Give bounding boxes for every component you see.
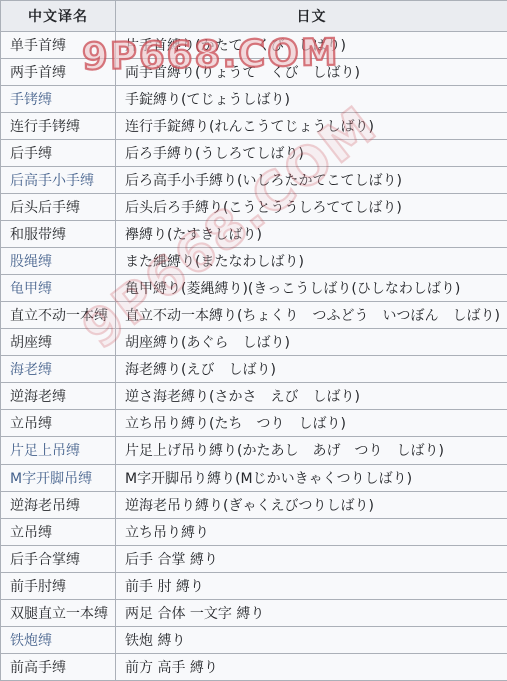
japanese-term: 直立不动一本縛り(ちょくり つふどう いつぼん しばり) [125, 308, 500, 324]
table-row: 逆海老缚逆さ海老縛り(さかさ えび しばり) [1, 383, 507, 410]
table-row: 手铐缚手錠縛り(てじょうしばり) [1, 86, 507, 113]
japanese-term-cell: 胡座縛り(あぐら しばり) [116, 329, 507, 356]
japanese-term: 片足上げ吊り縛り(かたあし あげ つり しばり) [125, 443, 444, 459]
table-row: 后头后手缚后头后ろ手縛り(こうとううしろててしばり) [1, 194, 507, 221]
chinese-term-cell: 单手首缚 [1, 32, 116, 59]
chinese-term-cell: 双腿直立一本缚 [1, 599, 116, 626]
table-row: 后高手小手缚后ろ高手小手縛り(いしろたかてこてしばり) [1, 167, 507, 194]
japanese-term-cell: また縄縛り(またなわしばり) [116, 248, 507, 275]
table-row: 前手肘缚前手 肘 縛り [1, 572, 507, 599]
chinese-term-cell: 片足上吊缚 [1, 437, 116, 464]
japanese-term-cell: M字开脚吊り縛り(Mじかいきゃくつりしばり) [116, 464, 507, 491]
japanese-term-cell: 连行手錠縛り(れんこうてじょうしばり) [116, 113, 507, 140]
table-row: 立吊缚立ち吊り縛り(たち つり しばり) [1, 410, 507, 437]
chinese-term-cell: 前高手缚 [1, 653, 116, 680]
japanese-term-cell: 片手首縛り(かたて くび しばり) [116, 32, 507, 59]
column-header-japanese: 日文 [116, 1, 507, 32]
japanese-term-cell: 亀甲縛り(菱縄縛り)(きっこうしばり(ひしなわしばり) [116, 275, 507, 302]
table-row: 片足上吊缚片足上げ吊り縛り(かたあし あげ つり しばり) [1, 437, 507, 464]
table-row: 龟甲缚亀甲縛り(菱縄縛り)(きっこうしばり(ひしなわしばり) [1, 275, 507, 302]
table-row: 和服带缚襷縛り(たすきしばり) [1, 221, 507, 248]
chinese-term-link[interactable]: 片足上吊缚 [10, 443, 80, 459]
japanese-term: 手錠縛り(てじょうしばり) [125, 92, 290, 108]
japanese-term-cell: 襷縛り(たすきしばり) [116, 221, 507, 248]
table-row: 连行手铐缚连行手錠縛り(れんこうてじょうしばり) [1, 113, 507, 140]
column-header-chinese: 中文译名 [1, 1, 116, 32]
japanese-term-cell: 立ち吊り縛り [116, 518, 507, 545]
chinese-term: 单手首缚 [10, 38, 66, 54]
chinese-term-cell: 后高手小手缚 [1, 167, 116, 194]
chinese-term: 前高手缚 [10, 660, 66, 676]
chinese-term-cell: 海老缚 [1, 356, 116, 383]
translation-table: 中文译名 日文 单手首缚片手首縛り(かたて くび しばり) 两手首缚両手首縛り(… [0, 0, 507, 681]
japanese-term: 亀甲縛り(菱縄縛り)(きっこうしばり(ひしなわしばり) [125, 281, 460, 297]
chinese-term-link[interactable]: 龟甲缚 [10, 281, 52, 297]
chinese-term-cell: 龟甲缚 [1, 275, 116, 302]
japanese-term: 后头后ろ手縛り(こうとううしろててしばり) [125, 200, 402, 216]
chinese-term: 和服带缚 [10, 227, 66, 243]
japanese-term-cell: 后手 合掌 縛り [116, 545, 507, 572]
japanese-term: 両手首縛り(りょうて くび しばり) [125, 65, 360, 81]
table-row: 胡座缚胡座縛り(あぐら しばり) [1, 329, 507, 356]
chinese-term-cell: 连行手铐缚 [1, 113, 116, 140]
chinese-term-cell: 直立不动一本缚 [1, 302, 116, 329]
chinese-term-cell: 两手首缚 [1, 59, 116, 86]
japanese-term: 立ち吊り縛り [125, 525, 209, 541]
chinese-term-link[interactable]: 手铐缚 [10, 92, 52, 108]
japanese-term-cell: 手錠縛り(てじょうしばり) [116, 86, 507, 113]
table-row: 后手合掌缚后手 合掌 縛り [1, 545, 507, 572]
japanese-term: 逆さ海老縛り(さかさ えび しばり) [125, 389, 360, 405]
japanese-term: 后ろ手縛り(うしろてしばり) [125, 146, 304, 162]
japanese-term: 片手首縛り(かたて くび しばり) [125, 38, 346, 54]
japanese-term-cell: 両手首縛り(りょうて くび しばり) [116, 59, 507, 86]
chinese-term-link[interactable]: M字开脚吊缚 [10, 471, 92, 487]
table-row: 两手首缚両手首縛り(りょうて くび しばり) [1, 59, 507, 86]
chinese-term-cell: 立吊缚 [1, 410, 116, 437]
chinese-term: 逆海老吊缚 [10, 498, 80, 514]
japanese-term: また縄縛り(またなわしばり) [125, 254, 304, 270]
chinese-term-cell: 立吊缚 [1, 518, 116, 545]
chinese-term-cell: 手铐缚 [1, 86, 116, 113]
japanese-term: 两足 合体 一文字 縛り [125, 606, 264, 622]
japanese-term: 后ろ高手小手縛り(いしろたかてこてしばり) [125, 173, 402, 189]
chinese-term: 立吊缚 [10, 416, 52, 432]
chinese-term: 立吊缚 [10, 525, 52, 541]
table-row: 双腿直立一本缚两足 合体 一文字 縛り [1, 599, 507, 626]
chinese-term-cell: 后手合掌缚 [1, 545, 116, 572]
table-row: 直立不动一本缚直立不动一本縛り(ちょくり つふどう いつぼん しばり) [1, 302, 507, 329]
japanese-term: 连行手錠縛り(れんこうてじょうしばり) [125, 119, 374, 135]
japanese-term: 襷縛り(たすきしばり) [125, 227, 262, 243]
japanese-term-cell: 逆海老吊り縛り(ぎゃくえびつりしばり) [116, 491, 507, 518]
japanese-term-cell: 逆さ海老縛り(さかさ えび しばり) [116, 383, 507, 410]
column-header-chinese-label: 中文译名 [28, 9, 88, 25]
table-row: 铁炮缚铁炮 縛り [1, 626, 507, 653]
chinese-term-cell: M字开脚吊缚 [1, 464, 116, 491]
table-row: 后手缚后ろ手縛り(うしろてしばり) [1, 140, 507, 167]
japanese-term: 立ち吊り縛り(たち つり しばり) [125, 416, 346, 432]
chinese-term: 双腿直立一本缚 [10, 606, 108, 622]
table-row: 股绳缚また縄縛り(またなわしばり) [1, 248, 507, 275]
japanese-term: 海老縛り(えび しばり) [125, 362, 276, 378]
column-header-japanese-label: 日文 [297, 9, 327, 25]
japanese-term-cell: 两足 合体 一文字 縛り [116, 599, 507, 626]
chinese-term-cell: 逆海老缚 [1, 383, 116, 410]
chinese-term-cell: 后手缚 [1, 140, 116, 167]
chinese-term: 后头后手缚 [10, 200, 80, 216]
chinese-term-cell: 前手肘缚 [1, 572, 116, 599]
chinese-term-link[interactable]: 股绳缚 [10, 254, 52, 270]
chinese-term-cell: 铁炮缚 [1, 626, 116, 653]
japanese-term-cell: 片足上げ吊り縛り(かたあし あげ つり しばり) [116, 437, 507, 464]
chinese-term: 直立不动一本缚 [10, 308, 108, 324]
chinese-term-link[interactable]: 铁炮缚 [10, 633, 52, 649]
japanese-term-cell: 立ち吊り縛り(たち つり しばり) [116, 410, 507, 437]
japanese-term-cell: 铁炮 縛り [116, 626, 507, 653]
chinese-term-cell: 股绳缚 [1, 248, 116, 275]
table-row: 立吊缚立ち吊り縛り [1, 518, 507, 545]
chinese-term-cell: 后头后手缚 [1, 194, 116, 221]
chinese-term: 后手合掌缚 [10, 552, 80, 568]
japanese-term-cell: 直立不动一本縛り(ちょくり つふどう いつぼん しばり) [116, 302, 507, 329]
chinese-term-cell: 胡座缚 [1, 329, 116, 356]
table-row: 海老缚海老縛り(えび しばり) [1, 356, 507, 383]
chinese-term: 后手缚 [10, 146, 52, 162]
chinese-term-cell: 和服带缚 [1, 221, 116, 248]
chinese-term: 逆海老缚 [10, 389, 66, 405]
japanese-term: 铁炮 縛り [125, 633, 185, 649]
japanese-term-cell: 后头后ろ手縛り(こうとううしろててしばり) [116, 194, 507, 221]
chinese-term-cell: 逆海老吊缚 [1, 491, 116, 518]
japanese-term: 逆海老吊り縛り(ぎゃくえびつりしばり) [125, 498, 374, 514]
japanese-term: 前手 肘 縛り [125, 579, 204, 595]
table-row: M字开脚吊缚M字开脚吊り縛り(Mじかいきゃくつりしばり) [1, 464, 507, 491]
chinese-term: 前手肘缚 [10, 579, 66, 595]
chinese-term: 连行手铐缚 [10, 119, 80, 135]
japanese-term: M字开脚吊り縛り(Mじかいきゃくつりしばり) [125, 471, 412, 487]
table-row: 前高手缚前方 高手 縛り [1, 653, 507, 680]
japanese-term-cell: 后ろ高手小手縛り(いしろたかてこてしばり) [116, 167, 507, 194]
table-row: 单手首缚片手首縛り(かたて くび しばり) [1, 32, 507, 59]
chinese-term: 两手首缚 [10, 65, 66, 81]
table-row: 逆海老吊缚逆海老吊り縛り(ぎゃくえびつりしばり) [1, 491, 507, 518]
chinese-term: 胡座缚 [10, 335, 52, 351]
header-row: 中文译名 日文 [1, 1, 507, 32]
chinese-term-link[interactable]: 海老缚 [10, 362, 52, 378]
japanese-term-cell: 前方 高手 縛り [116, 653, 507, 680]
japanese-term-cell: 前手 肘 縛り [116, 572, 507, 599]
japanese-term-cell: 后ろ手縛り(うしろてしばり) [116, 140, 507, 167]
chinese-term-link[interactable]: 后高手小手缚 [10, 173, 94, 189]
japanese-term: 后手 合掌 縛り [125, 552, 218, 568]
japanese-term: 前方 高手 縛り [125, 660, 218, 676]
japanese-term-cell: 海老縛り(えび しばり) [116, 356, 507, 383]
japanese-term: 胡座縛り(あぐら しばり) [125, 335, 290, 351]
